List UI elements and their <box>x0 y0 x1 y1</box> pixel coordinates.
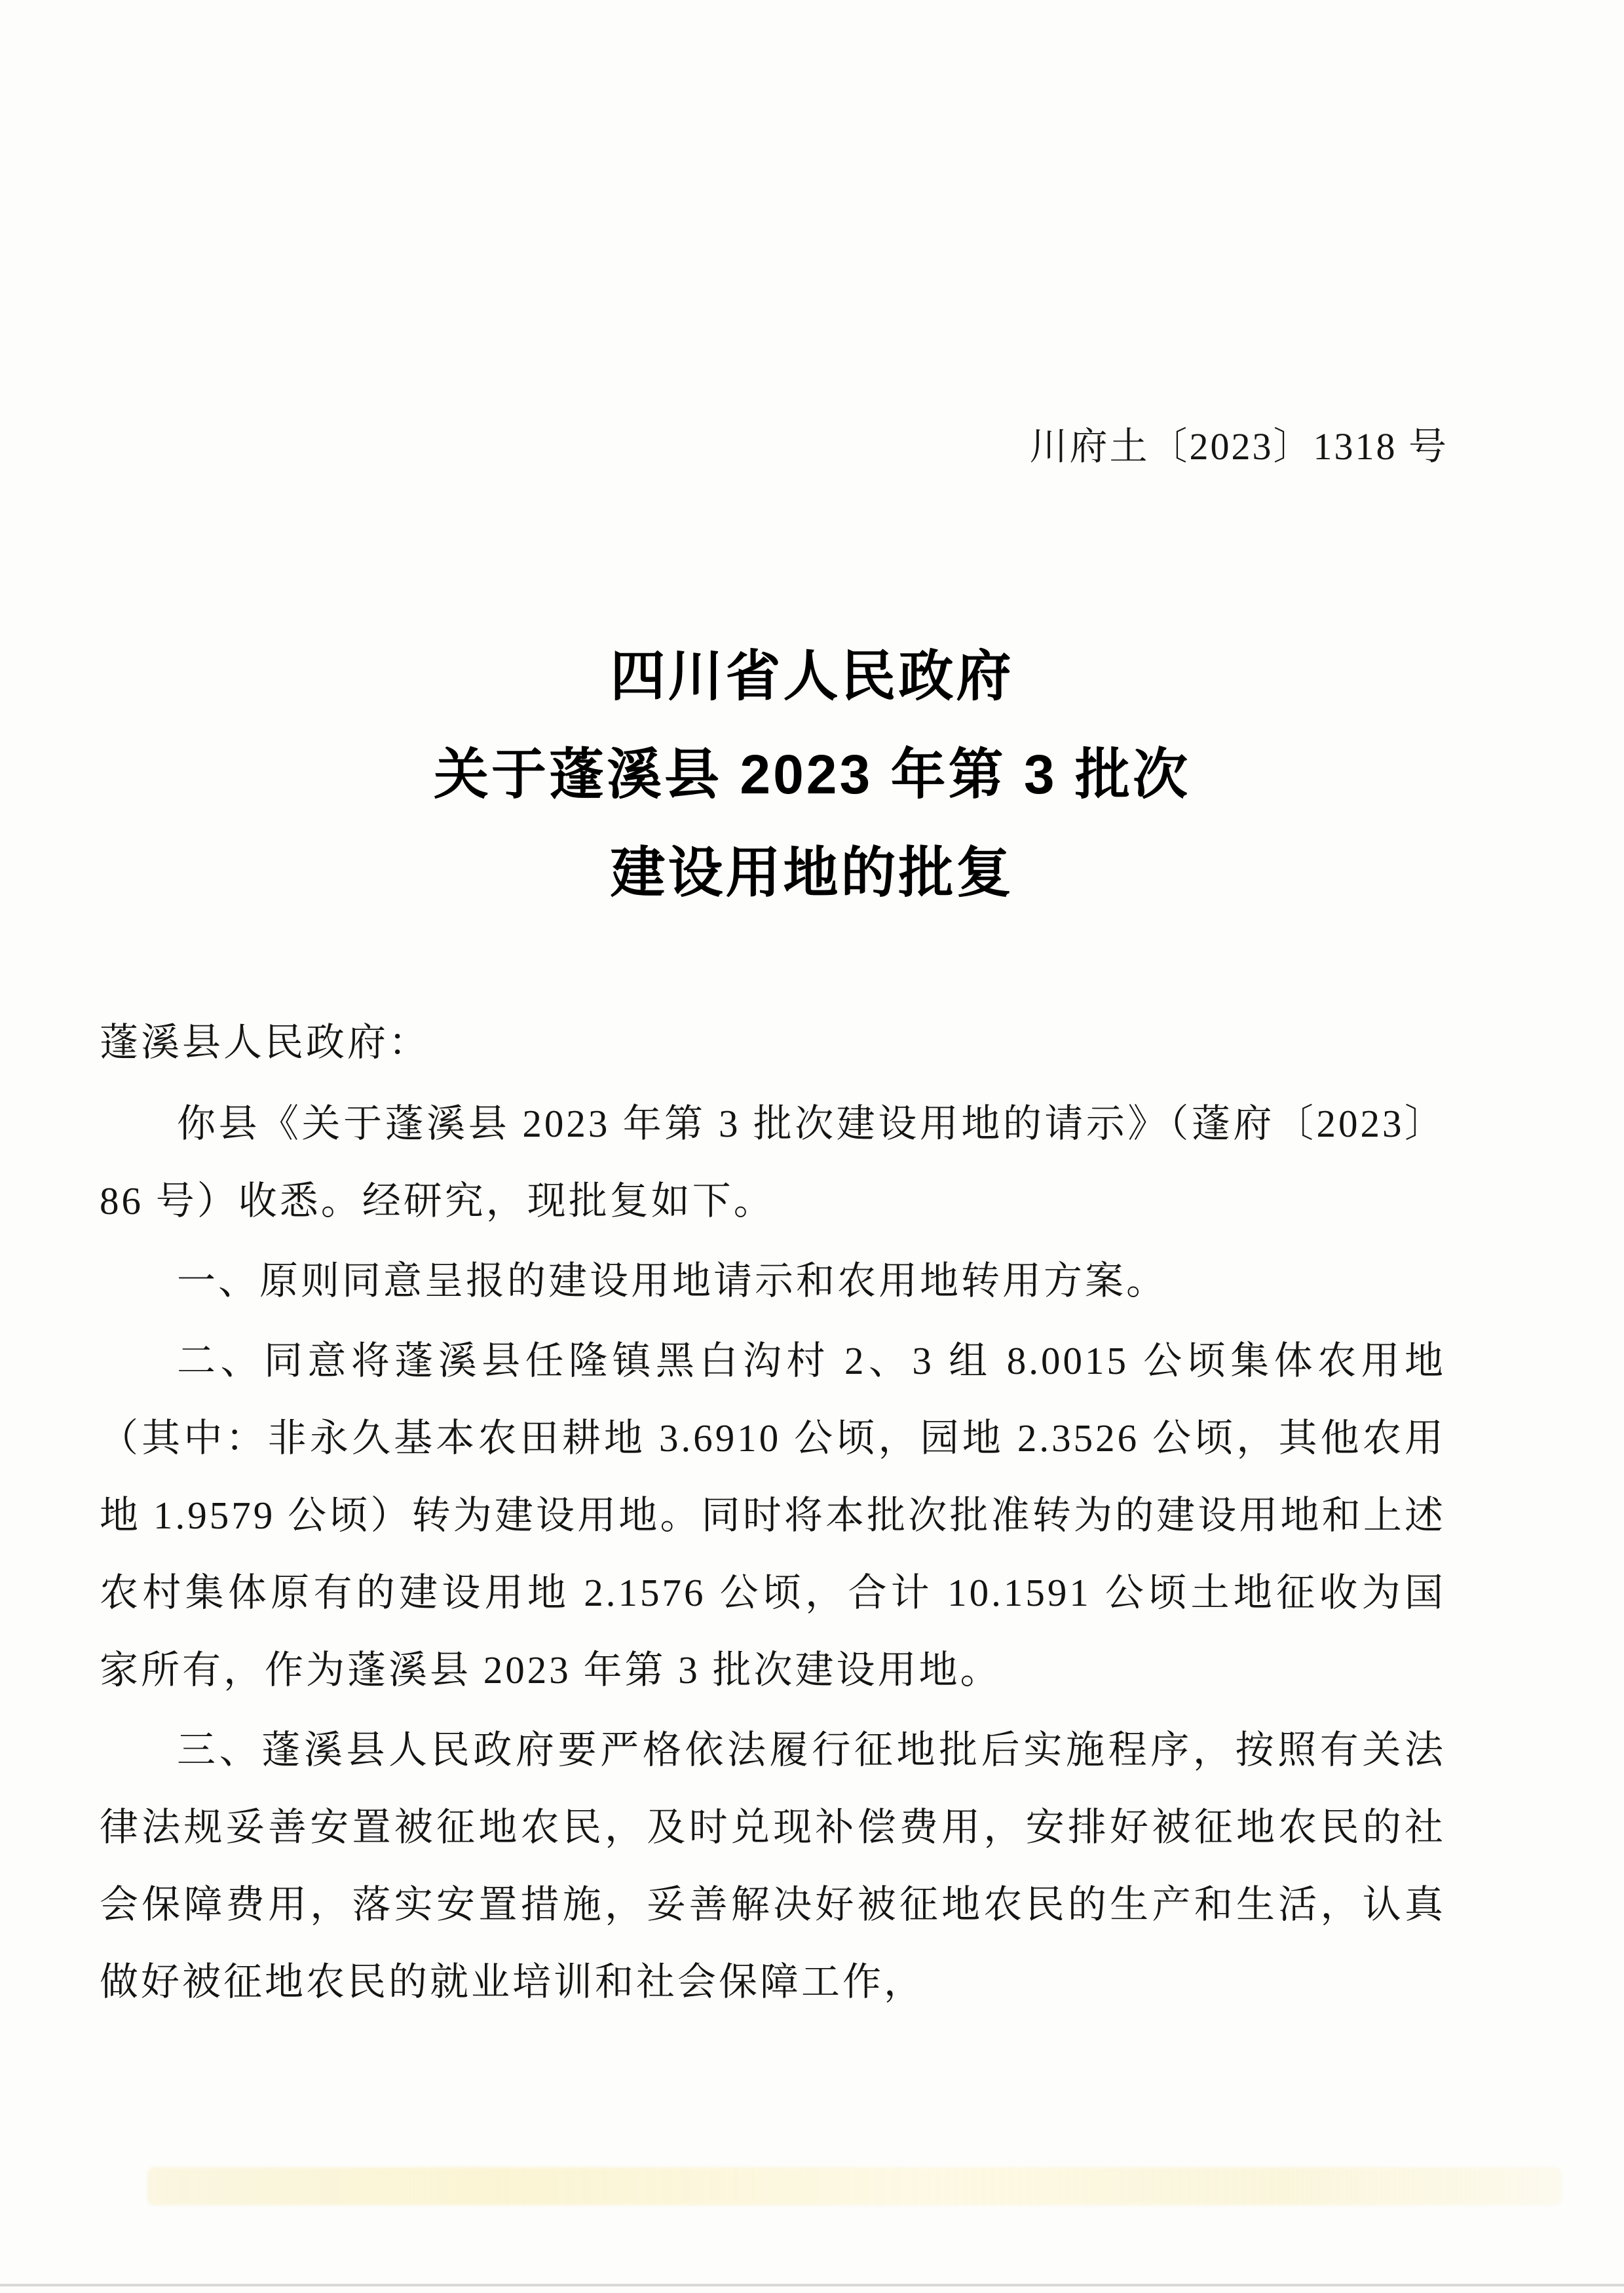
scan-artifact-yellow-band <box>147 2167 1562 2205</box>
document-title: 四川省人民政府 关于蓬溪县 2023 年第 3 批次 建设用地的批复 <box>0 627 1624 922</box>
body-paragraph-intro: 你县《关于蓬溪县 2023 年第 3 批次建设用地的请示》（蓬府〔2023〕86… <box>100 1085 1446 1240</box>
body-paragraph-item-3: 三、蓬溪县人民政府要严格依法履行征地批后实施程序，按照有关法律法规妥善安置被征地… <box>100 1711 1446 2020</box>
title-line-issuer: 四川省人民政府 <box>0 627 1624 725</box>
document-body: 蓬溪县人民政府： 你县《关于蓬溪县 2023 年第 3 批次建设用地的请示》（蓬… <box>0 1004 1624 2020</box>
scanned-document-page: 川府土〔2023〕1318 号 四川省人民政府 关于蓬溪县 2023 年第 3 … <box>0 0 1624 2293</box>
document-reference-number: 川府土〔2023〕1318 号 <box>0 0 1624 480</box>
title-line-doc-type: 建设用地的批复 <box>0 824 1624 922</box>
title-line-subject: 关于蓬溪县 2023 年第 3 批次 <box>0 725 1624 824</box>
scan-page-edge-line <box>0 2284 1624 2286</box>
salutation: 蓬溪县人民政府： <box>100 1004 1446 1081</box>
body-paragraph-item-2: 二、同意将蓬溪县任隆镇黑白沟村 2、3 组 8.0015 公顷集体农用地（其中：… <box>100 1322 1446 1709</box>
body-paragraph-item-1: 一、原则同意呈报的建设用地请示和农用地转用方案。 <box>100 1242 1446 1319</box>
